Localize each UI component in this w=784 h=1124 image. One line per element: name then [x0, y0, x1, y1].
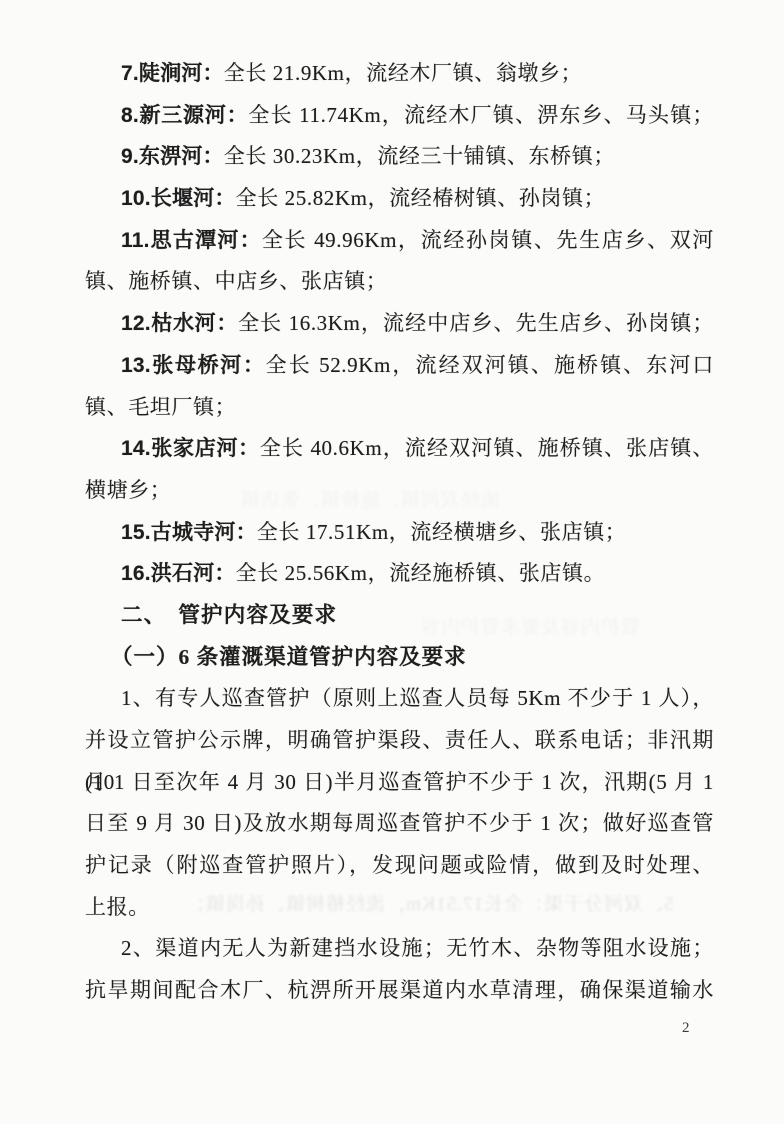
river-name-label: 10.长堰河：	[121, 187, 236, 210]
text-line: 12.枯水河：全长 16.3Km，流经中店乡、先生店乡、孙岗镇；	[85, 303, 714, 345]
line-text: 护记录（附巡查管护照片），发现问题或险情，做到及时处理、	[85, 853, 714, 877]
line-text: 全长 21.9Km，流经木厂镇、翁墩乡；	[224, 61, 583, 85]
text-line: 二、 管护内容及要求	[85, 595, 714, 637]
text-line: 日至 9 月 30 日)及放水期每周巡查管护不少于 1 次；做好巡查管	[85, 803, 714, 845]
line-text: 全长 30.23Km，流经三十铺镇、东桥镇；	[224, 144, 615, 168]
scanned-document-page: 7.陡涧河：全长 21.9Km，流经木厂镇、翁墩乡；8.新三源河：全长 11.7…	[0, 0, 784, 1124]
text-line: （一）6 条灌溉渠道管护内容及要求	[85, 637, 714, 679]
river-name-label: 16.洪石河：	[121, 562, 236, 585]
text-line: 护记录（附巡查管护照片），发现问题或险情，做到及时处理、	[85, 845, 714, 887]
line-text: 上报。	[85, 895, 150, 919]
text-line: 9.东淠河：全长 30.23Km，流经三十铺镇、东桥镇；	[85, 136, 714, 178]
line-text: 二、 管护内容及要求	[121, 603, 337, 627]
text-line: 11.思古潭河：全长 49.96Km，流经孙岗镇、先生店乡、双河	[85, 220, 714, 262]
text-line: 并设立管护公示牌，明确管护渠段、责任人、联系电话；非汛期(10	[85, 720, 714, 762]
line-text: 全长 49.96Km，流经孙岗镇、先生店乡、双河	[262, 228, 714, 252]
river-name-label: 14.张家店河：	[121, 437, 260, 460]
text-line: 14.张家店河：全长 40.6Km，流经双河镇、施桥镇、张店镇、	[85, 428, 714, 470]
line-text: 全长 25.82Km，流经椿树镇、孙岗镇；	[236, 186, 606, 210]
text-block: 7.陡涧河：全长 21.9Km，流经木厂镇、翁墩乡；8.新三源河：全长 11.7…	[85, 53, 714, 1012]
line-text: 镇、施桥镇、中店乡、张店镇；	[85, 269, 387, 293]
river-name-label: 13.张母桥河：	[121, 354, 266, 377]
river-name-label: 9.东淠河：	[121, 145, 224, 168]
text-line: 镇、毛坦厂镇；	[85, 387, 714, 429]
line-text: （一）6 条灌溉渠道管护内容及要求	[111, 645, 467, 669]
text-line: 上报。	[85, 887, 714, 929]
line-text: 全长 16.3Km，流经中店乡、先生店乡、孙岗镇；	[238, 311, 714, 335]
line-text: 日至 9 月 30 日)及放水期每周巡查管护不少于 1 次；做好巡查管	[85, 811, 714, 835]
text-line: 13.张母桥河：全长 52.9Km，流经双河镇、施桥镇、东河口	[85, 345, 714, 387]
text-line: 10.长堰河：全长 25.82Km，流经椿树镇、孙岗镇；	[85, 178, 714, 220]
line-text: 镇、毛坦厂镇；	[85, 395, 236, 419]
line-text: 横塘乡；	[85, 478, 171, 502]
river-name-label: 8.新三源河：	[121, 104, 248, 127]
text-line: 16.洪石河：全长 25.56Km，流经施桥镇、张店镇。	[85, 553, 714, 595]
line-text: 全长 52.9Km，流经双河镇、施桥镇、东河口	[266, 353, 714, 377]
text-line: 15.古城寺河：全长 17.51Km，流经横塘乡、张店镇；	[85, 512, 714, 554]
text-line: 横塘乡；	[85, 470, 714, 512]
river-name-label: 11.思古潭河：	[121, 229, 262, 252]
text-line: 1、有专人巡查管护（原则上巡查人员每 5Km 不少于 1 人），	[85, 678, 714, 720]
line-text: 2、渠道内无人为新建挡水设施；无竹木、杂物等阻水设施；	[121, 936, 714, 960]
text-line: 7.陡涧河：全长 21.9Km，流经木厂镇、翁墩乡；	[85, 53, 714, 95]
river-name-label: 15.古城寺河：	[121, 521, 257, 544]
line-text: 1、有专人巡查管护（原则上巡查人员每 5Km 不少于 1 人），	[121, 686, 714, 710]
line-text: 月 1 日至次年 4 月 30 日)半月巡查管护不少于 1 次，汛期(5 月 1	[85, 770, 714, 794]
river-name-label: 12.枯水河：	[121, 312, 238, 335]
text-line: 2、渠道内无人为新建挡水设施；无竹木、杂物等阻水设施；	[85, 928, 714, 970]
line-text: 抗旱期间配合木厂、杭淠所开展渠道内水草清理，确保渠道输水	[85, 978, 714, 1002]
text-line: 月 1 日至次年 4 月 30 日)半月巡查管护不少于 1 次，汛期(5 月 1	[85, 762, 714, 804]
text-line: 镇、施桥镇、中店乡、张店镇；	[85, 261, 714, 303]
line-text: 全长 11.74Km，流经木厂镇、淠东乡、马头镇；	[248, 103, 714, 127]
line-text: 全长 40.6Km，流经双河镇、施桥镇、张店镇、	[260, 436, 714, 460]
line-text: 全长 17.51Km，流经横塘乡、张店镇；	[257, 520, 627, 544]
page-number: 2	[682, 1020, 690, 1037]
river-name-label: 7.陡涧河：	[121, 62, 224, 85]
text-line: 抗旱期间配合木厂、杭淠所开展渠道内水草清理，确保渠道输水	[85, 970, 714, 1012]
line-text: 全长 25.56Km，流经施桥镇、张店镇。	[236, 561, 606, 585]
text-line: 8.新三源河：全长 11.74Km，流经木厂镇、淠东乡、马头镇；	[85, 95, 714, 137]
